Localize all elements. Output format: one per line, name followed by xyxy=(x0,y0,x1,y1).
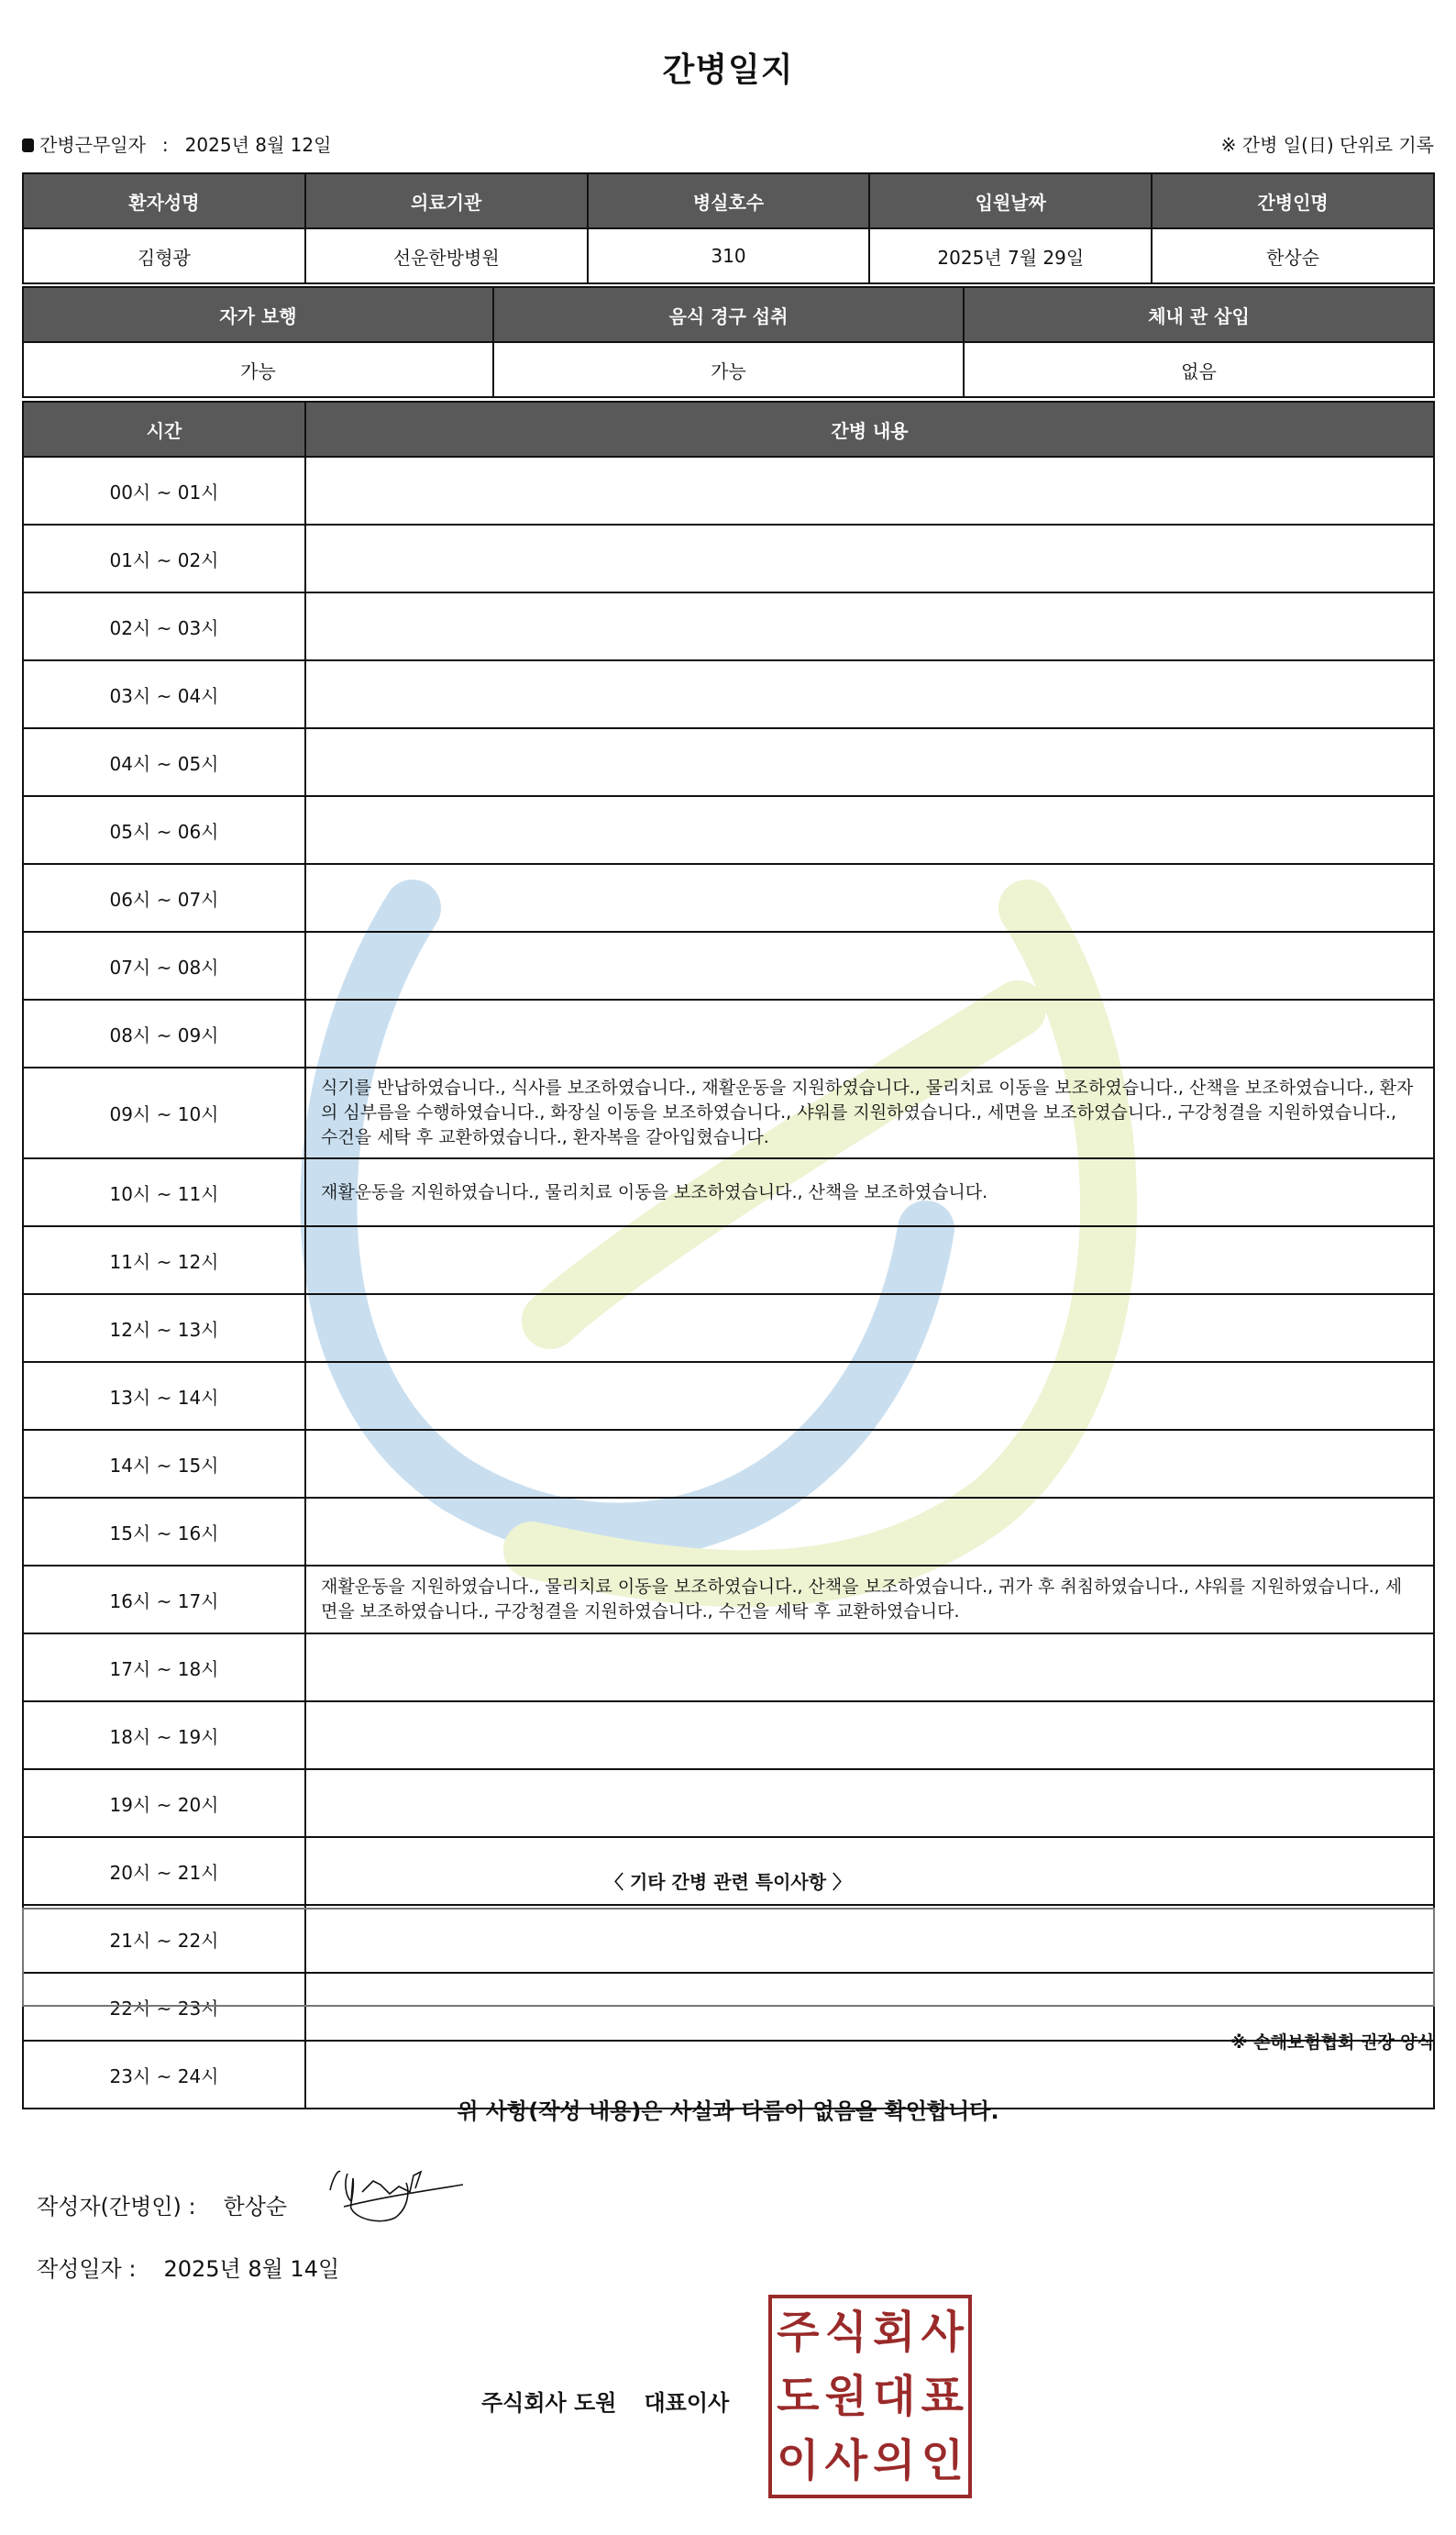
log-row: 17시 ~ 18시 xyxy=(23,1633,1434,1701)
log-content xyxy=(305,1498,1434,1566)
log-row: 07시 ~ 08시 xyxy=(23,932,1434,1000)
log-row: 19시 ~ 20시 xyxy=(23,1769,1434,1837)
log-time: 01시 ~ 02시 xyxy=(23,525,305,592)
seal-char: 표 xyxy=(919,2364,967,2429)
seal-char: 이 xyxy=(774,2429,822,2493)
company-name: 주식회사 도원 xyxy=(481,2390,616,2416)
log-row: 01시 ~ 02시 xyxy=(23,525,1434,592)
log-time: 14시 ~ 15시 xyxy=(23,1430,305,1498)
company-seal: 주식회사도원대표이사의인 xyxy=(768,2295,972,2498)
oral-intake-status: 가능 xyxy=(493,342,964,397)
log-time: 19시 ~ 20시 xyxy=(23,1769,305,1837)
log-content xyxy=(305,1769,1434,1837)
log-row: 09시 ~ 10시식기를 반납하였습니다., 식사를 보조하였습니다., 재활운… xyxy=(23,1068,1434,1158)
log-content xyxy=(305,728,1434,796)
walking-status: 가능 xyxy=(23,342,493,397)
header-room: 병실호수 xyxy=(588,173,870,228)
write-date-label: 작성일자 : xyxy=(37,2256,136,2282)
write-date-line: 작성일자 :2025년 8월 14일 xyxy=(37,2251,339,2283)
log-content xyxy=(305,1701,1434,1769)
log-content: 식기를 반납하였습니다., 식사를 보조하였습니다., 재활운동을 지원하였습니… xyxy=(305,1068,1434,1158)
confirmation-statement: 위 사항(작성 내용)은 사실과 다름이 없음을 확인합니다. xyxy=(0,2093,1456,2125)
log-time: 08시 ~ 09시 xyxy=(23,1000,305,1068)
seal-char: 사 xyxy=(822,2429,871,2493)
log-time: 11시 ~ 12시 xyxy=(23,1226,305,1294)
log-row: 03시 ~ 04시 xyxy=(23,660,1434,728)
seal-char: 회 xyxy=(870,2300,919,2364)
remarks-title: 〈 기타 간병 관련 특이사항 〉 xyxy=(0,1867,1456,1894)
header-admission-date: 입원날짜 xyxy=(869,173,1152,228)
log-time: 18시 ~ 19시 xyxy=(23,1701,305,1769)
log-row: 11시 ~ 12시 xyxy=(23,1226,1434,1294)
log-row: 10시 ~ 11시재활운동을 지원하였습니다., 물리치료 이동을 보조하였습니… xyxy=(23,1158,1434,1226)
record-note: ※ 간병 일(日) 단위로 기록 xyxy=(1221,130,1434,157)
seal-char: 도 xyxy=(774,2364,822,2429)
log-content xyxy=(305,796,1434,864)
log-content: 재활운동을 지원하였습니다., 물리치료 이동을 보조하였습니다., 산책을 보… xyxy=(305,1158,1434,1226)
status-info-table: 자가 보행 음식 경구 섭취 체내 관 삽입 가능 가능 없음 xyxy=(22,286,1435,398)
log-time: 17시 ~ 18시 xyxy=(23,1633,305,1701)
header-time: 시간 xyxy=(23,402,305,457)
patient-name: 김형광 xyxy=(23,228,305,283)
header-tube: 체내 관 삽입 xyxy=(964,287,1434,342)
seal-char: 의 xyxy=(870,2429,919,2493)
log-row: 04시 ~ 05시 xyxy=(23,728,1434,796)
log-content: 재활운동을 지원하였습니다., 물리치료 이동을 보조하였습니다., 산책을 보… xyxy=(305,1566,1434,1633)
log-time: 04시 ~ 05시 xyxy=(23,728,305,796)
log-row: 18시 ~ 19시 xyxy=(23,1701,1434,1769)
seal-char: 인 xyxy=(919,2429,967,2493)
tube-status: 없음 xyxy=(964,342,1434,397)
log-content xyxy=(305,1633,1434,1701)
log-content xyxy=(305,864,1434,932)
log-time: 12시 ~ 13시 xyxy=(23,1294,305,1362)
log-content xyxy=(305,457,1434,525)
log-content xyxy=(305,1226,1434,1294)
log-content xyxy=(305,1000,1434,1068)
header-walking: 자가 보행 xyxy=(23,287,493,342)
header-caregiver: 간병인명 xyxy=(1152,173,1434,228)
header-care-content: 간병 내용 xyxy=(305,402,1434,457)
log-content xyxy=(305,1362,1434,1430)
log-content xyxy=(305,932,1434,1000)
log-time: 10시 ~ 11시 xyxy=(23,1158,305,1226)
admission-date: 2025년 7월 29일 xyxy=(869,228,1152,283)
log-time: 15시 ~ 16시 xyxy=(23,1498,305,1566)
company-signature-line: 주식회사 도원대표이사 xyxy=(481,2385,729,2417)
signature-image xyxy=(325,2164,472,2229)
log-time: 05시 ~ 06시 xyxy=(23,796,305,864)
log-row: 14시 ~ 15시 xyxy=(23,1430,1434,1498)
seal-char: 대 xyxy=(870,2364,919,2429)
log-row: 00시 ~ 01시 xyxy=(23,457,1434,525)
company-representative-title: 대표이사 xyxy=(644,2390,729,2416)
work-date-label: 간병근무일자 xyxy=(39,134,146,156)
log-time: 09시 ~ 10시 xyxy=(23,1068,305,1158)
log-time: 07시 ~ 08시 xyxy=(23,932,305,1000)
care-log-table: 시간 간병 내용 00시 ~ 01시01시 ~ 02시02시 ~ 03시03시 … xyxy=(22,401,1435,2109)
seal-char: 주 xyxy=(774,2300,822,2364)
log-row: 02시 ~ 03시 xyxy=(23,592,1434,660)
seal-char: 식 xyxy=(822,2300,871,2364)
log-row: 08시 ~ 09시 xyxy=(23,1000,1434,1068)
log-time: 00시 ~ 01시 xyxy=(23,457,305,525)
log-time: 02시 ~ 03시 xyxy=(23,592,305,660)
header-oral-intake: 음식 경구 섭취 xyxy=(493,287,964,342)
form-note: ※ 손해보험협회 권장 양식 xyxy=(1230,2029,1434,2053)
work-date-separator: : xyxy=(162,134,169,156)
writer-line: 작성자(간병인) :한상순 xyxy=(37,2188,287,2220)
log-content xyxy=(305,592,1434,660)
seal-char: 사 xyxy=(919,2300,967,2364)
writer-label: 작성자(간병인) : xyxy=(37,2194,196,2220)
write-date-value: 2025년 8월 14일 xyxy=(163,2256,339,2282)
log-content xyxy=(305,525,1434,592)
header-patient-name: 환자성명 xyxy=(23,173,305,228)
header-hospital: 의료기관 xyxy=(305,173,588,228)
bullet-icon xyxy=(22,138,34,152)
log-row: 13시 ~ 14시 xyxy=(23,1362,1434,1430)
log-row: 05시 ~ 06시 xyxy=(23,796,1434,864)
log-row: 15시 ~ 16시 xyxy=(23,1498,1434,1566)
caregiver-name: 한상순 xyxy=(1152,228,1434,283)
log-row: 06시 ~ 07시 xyxy=(23,864,1434,932)
log-content xyxy=(305,1430,1434,1498)
work-date-value: 2025년 8월 12일 xyxy=(185,134,332,156)
log-row: 12시 ~ 13시 xyxy=(23,1294,1434,1362)
log-content xyxy=(305,1294,1434,1362)
page-title: 간병일지 xyxy=(0,44,1456,91)
log-time: 03시 ~ 04시 xyxy=(23,660,305,728)
log-content xyxy=(305,660,1434,728)
writer-name: 한상순 xyxy=(224,2194,288,2220)
log-time: 06시 ~ 07시 xyxy=(23,864,305,932)
log-time: 16시 ~ 17시 xyxy=(23,1566,305,1633)
patient-info-table: 환자성명 의료기관 병실호수 입원날짜 간병인명 김형광 선운한방병원 310 … xyxy=(22,172,1435,284)
room-number: 310 xyxy=(588,228,870,283)
hospital: 선운한방병원 xyxy=(305,228,588,283)
work-date: 간병근무일자:2025년 8월 12일 xyxy=(22,130,331,157)
remarks-box xyxy=(22,1908,1435,2007)
seal-char: 원 xyxy=(822,2364,871,2429)
log-time: 13시 ~ 14시 xyxy=(23,1362,305,1430)
log-row: 16시 ~ 17시재활운동을 지원하였습니다., 물리치료 이동을 보조하였습니… xyxy=(23,1566,1434,1633)
